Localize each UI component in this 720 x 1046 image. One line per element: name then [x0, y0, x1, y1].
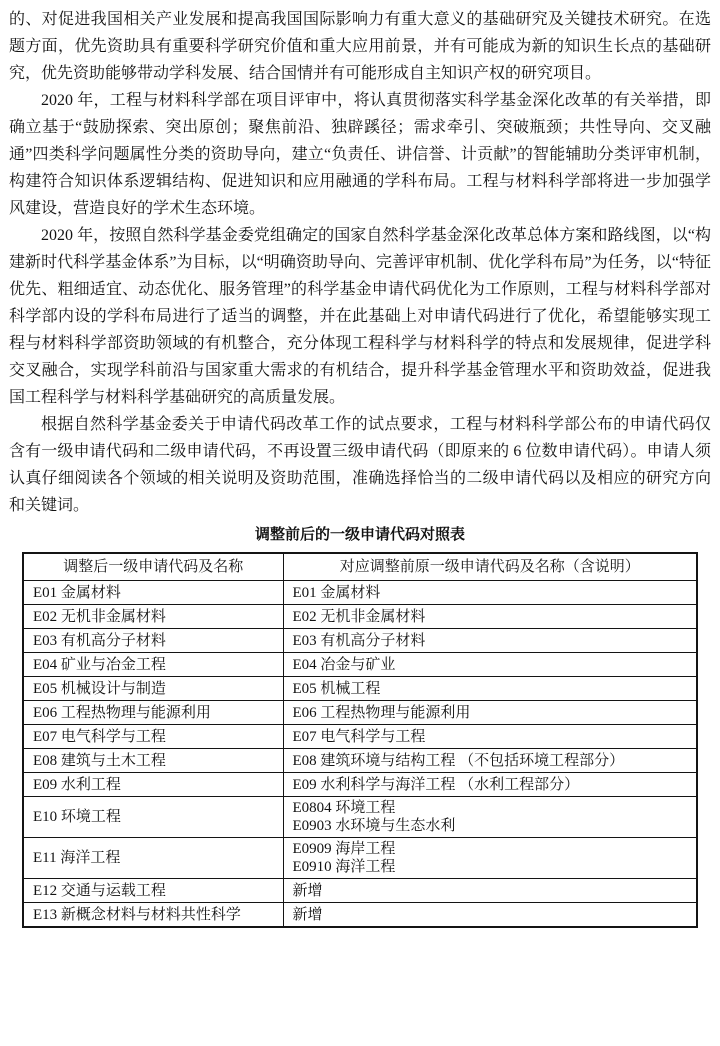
- old-code-cell: E05 机械工程: [283, 677, 697, 701]
- new-code-cell: E05 机械设计与制造: [23, 677, 283, 701]
- table-row-e10: E10 环境工程 E0804 环境工程 E0903 水环境与生态水利: [23, 797, 697, 838]
- old-code-cell: E0909 海岸工程 E0910 海洋工程: [283, 838, 697, 879]
- old-code-cell: E06 工程热物理与能源利用: [283, 701, 697, 725]
- new-code-cell: E03 有机高分子材料: [23, 629, 283, 653]
- old-code-cell: 新增: [283, 903, 697, 928]
- table-row-e02: E02 无机非金属材料 E02 无机非金属材料: [23, 605, 697, 629]
- table-row-e13: E13 新概念材料与材料共性科学 新增: [23, 903, 697, 928]
- new-code-cell: E12 交通与运载工程: [23, 879, 283, 903]
- new-code-cell: E04 矿业与冶金工程: [23, 653, 283, 677]
- table-row-e12: E12 交通与运载工程 新增: [23, 879, 697, 903]
- header-new-codes: 调整后一级申请代码及名称: [23, 553, 283, 581]
- new-code-cell: E11 海洋工程: [23, 838, 283, 879]
- table-title: 调整前后的一级申请代码对照表: [9, 526, 711, 544]
- paragraph-2: 2020 年，工程与材料科学部在项目评审中，将认真贯彻落实科学基金深化改革的有关…: [9, 87, 711, 222]
- old-code-cell: E0804 环境工程 E0903 水环境与生态水利: [283, 797, 697, 838]
- table-row-e08: E08 建筑与土木工程 E08 建筑环境与结构工程 （不包括环境工程部分）: [23, 749, 697, 773]
- paragraph-3: 2020 年，按照自然科学基金委党组确定的国家自然科学基金深化改革总体方案和路线…: [9, 222, 711, 411]
- header-old-codes: 对应调整前原一级申请代码及名称（含说明）: [283, 553, 697, 581]
- new-code-cell: E01 金属材料: [23, 581, 283, 605]
- new-code-cell: E09 水利工程: [23, 773, 283, 797]
- table-row-e09: E09 水利工程 E09 水利科学与海洋工程 （水利工程部分）: [23, 773, 697, 797]
- old-code-cell: E03 有机高分子材料: [283, 629, 697, 653]
- table-row-e04: E04 矿业与冶金工程 E04 冶金与矿业: [23, 653, 697, 677]
- new-code-cell: E08 建筑与土木工程: [23, 749, 283, 773]
- table-row-e03: E03 有机高分子材料 E03 有机高分子材料: [23, 629, 697, 653]
- new-code-cell: E13 新概念材料与材料共性科学: [23, 903, 283, 928]
- old-code-cell: E04 冶金与矿业: [283, 653, 697, 677]
- code-comparison-table: 调整后一级申请代码及名称 对应调整前原一级申请代码及名称（含说明） E01 金属…: [22, 552, 698, 928]
- table-header-row: 调整后一级申请代码及名称 对应调整前原一级申请代码及名称（含说明）: [23, 553, 697, 581]
- table-row-e11: E11 海洋工程 E0909 海岸工程 E0910 海洋工程: [23, 838, 697, 879]
- table-row-e01: E01 金属材料 E01 金属材料: [23, 581, 697, 605]
- paragraph-1: 的、对促进我国相关产业发展和提高我国国际影响力有重大意义的基础研究及关键技术研究…: [9, 6, 711, 87]
- new-code-cell: E06 工程热物理与能源利用: [23, 701, 283, 725]
- new-code-cell: E10 环境工程: [23, 797, 283, 838]
- old-code-cell: E01 金属材料: [283, 581, 697, 605]
- old-code-cell: 新增: [283, 879, 697, 903]
- old-code-cell: E07 电气科学与工程: [283, 725, 697, 749]
- table-row-e05: E05 机械设计与制造 E05 机械工程: [23, 677, 697, 701]
- paragraph-4: 根据自然科学基金委关于申请代码改革工作的试点要求，工程与材料科学部公布的申请代码…: [9, 411, 711, 519]
- table-row-e07: E07 电气科学与工程 E07 电气科学与工程: [23, 725, 697, 749]
- new-code-cell: E02 无机非金属材料: [23, 605, 283, 629]
- old-code-cell: E08 建筑环境与结构工程 （不包括环境工程部分）: [283, 749, 697, 773]
- table-row-e06: E06 工程热物理与能源利用 E06 工程热物理与能源利用: [23, 701, 697, 725]
- new-code-cell: E07 电气科学与工程: [23, 725, 283, 749]
- old-code-cell: E02 无机非金属材料: [283, 605, 697, 629]
- old-code-cell: E09 水利科学与海洋工程 （水利工程部分）: [283, 773, 697, 797]
- document-page: 的、对促进我国相关产业发展和提高我国国际影响力有重大意义的基础研究及关键技术研究…: [0, 0, 720, 1046]
